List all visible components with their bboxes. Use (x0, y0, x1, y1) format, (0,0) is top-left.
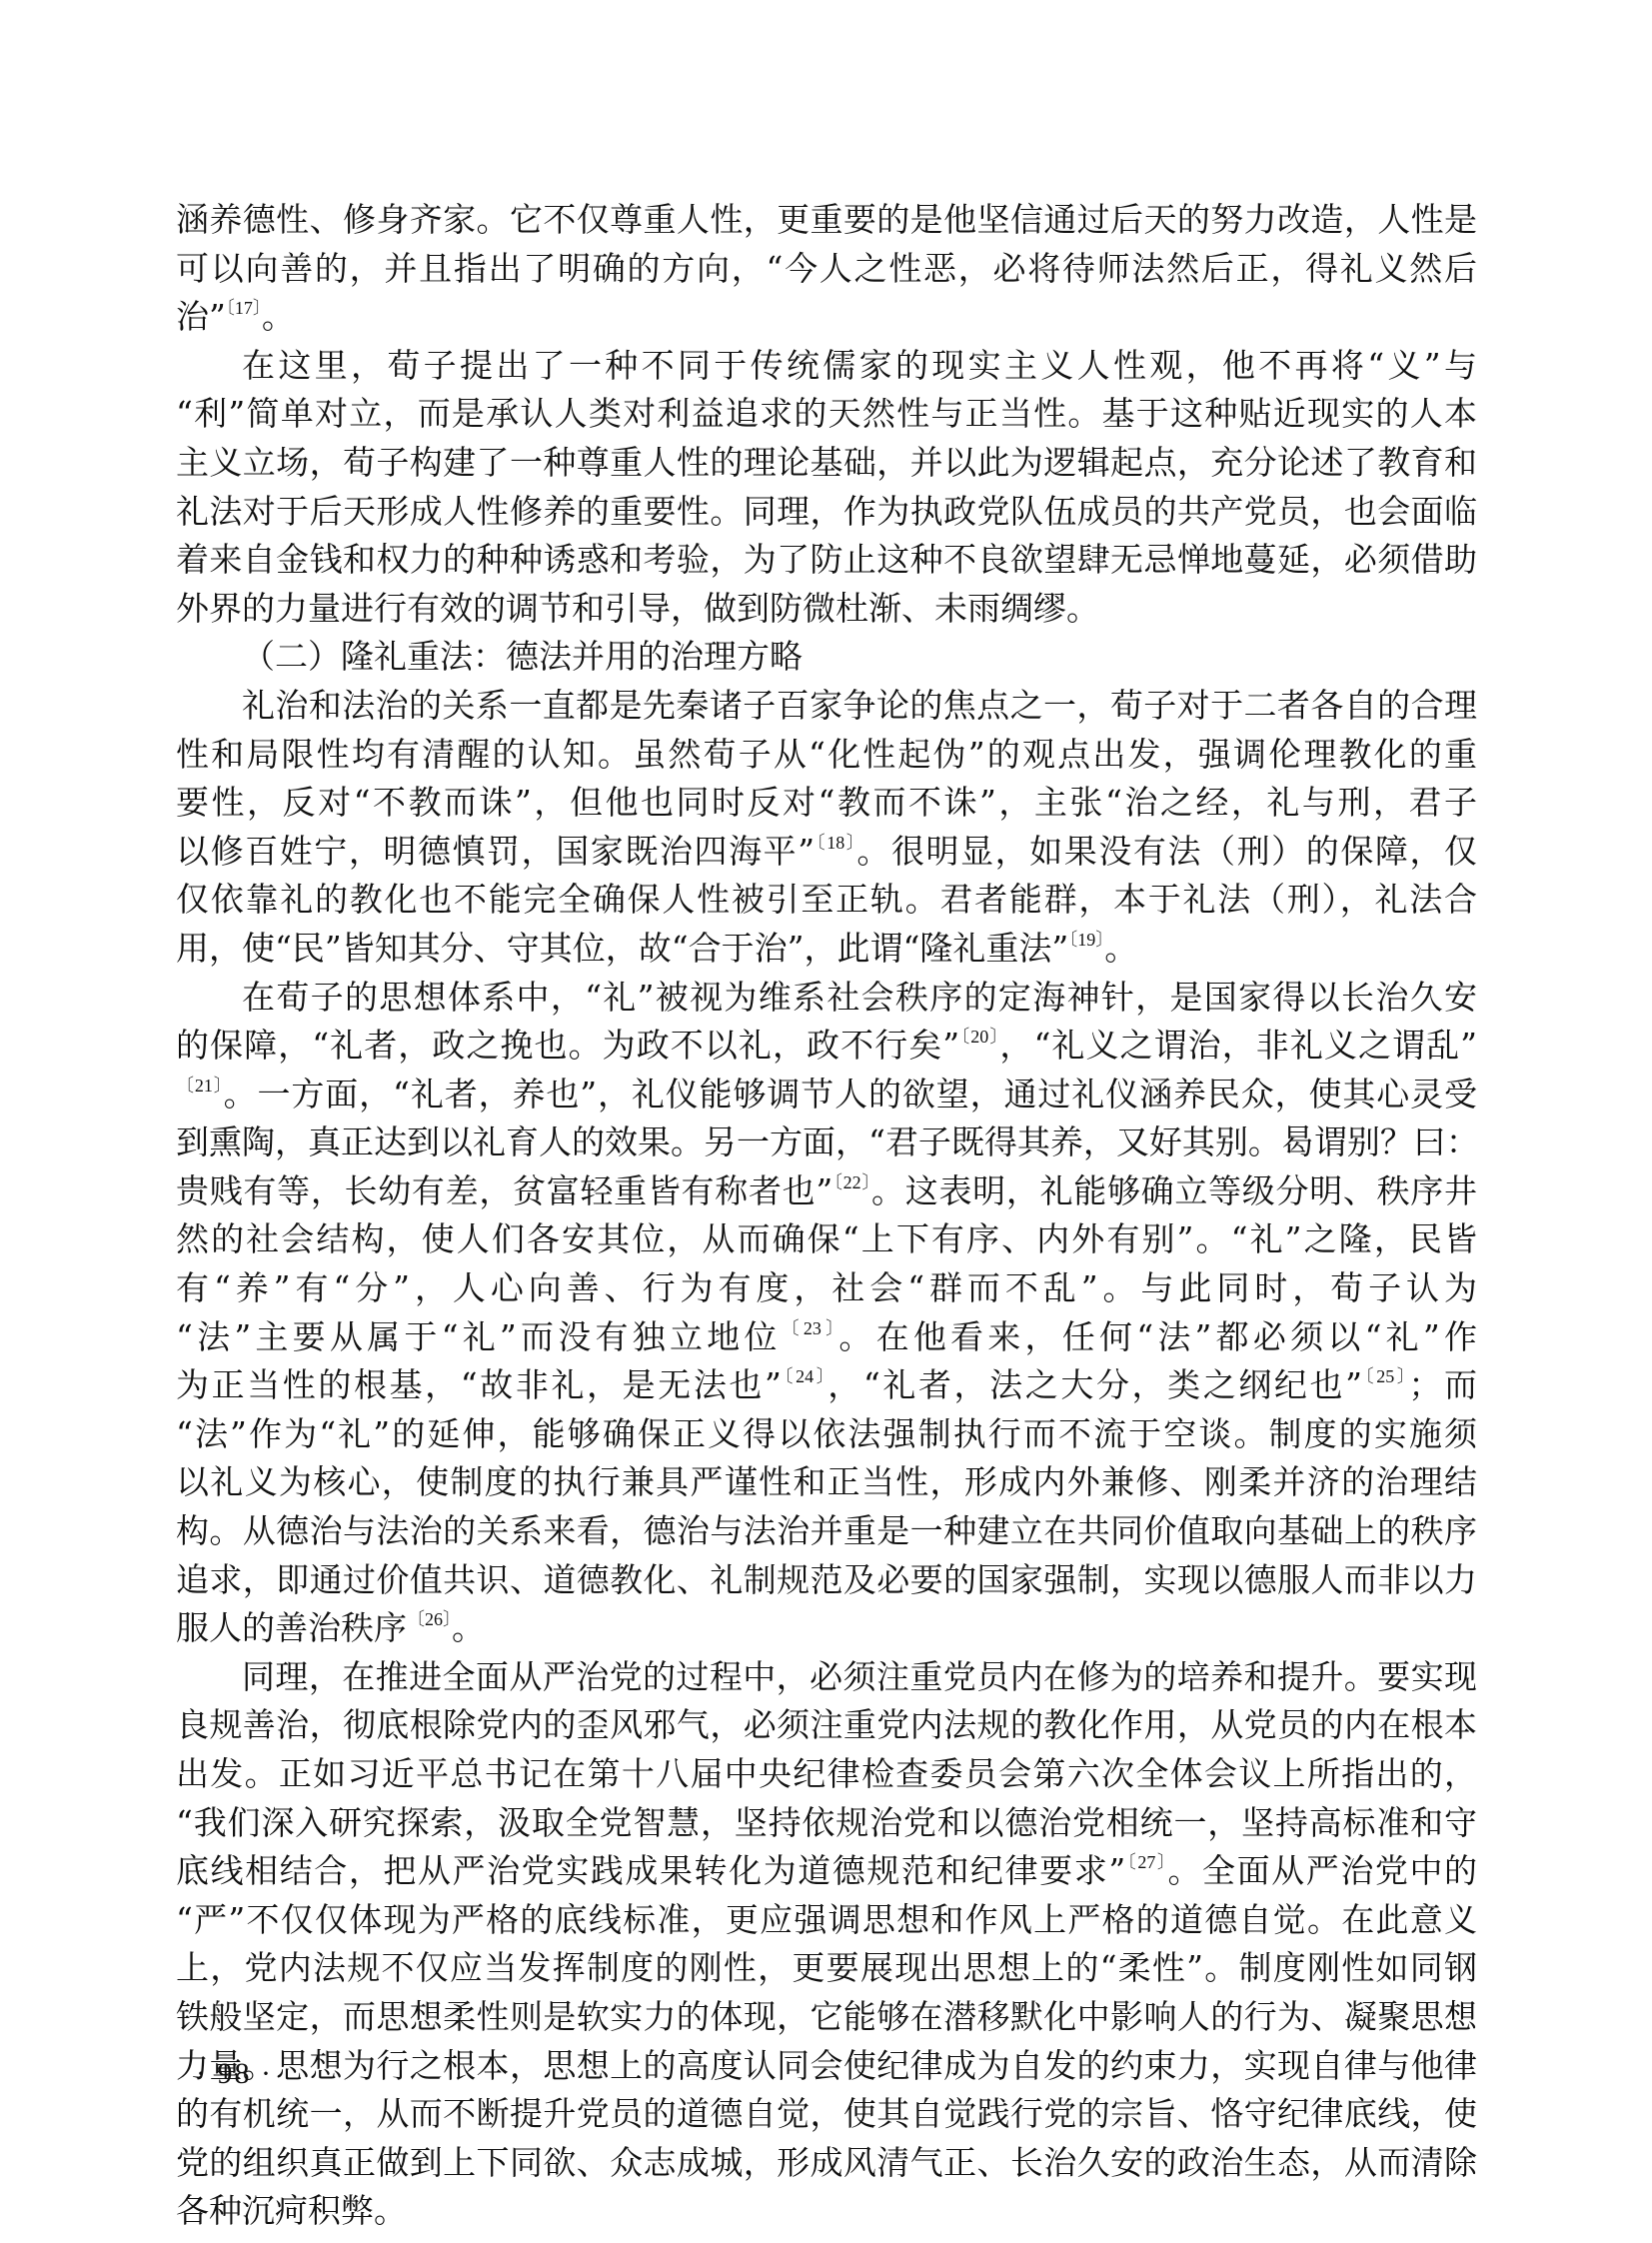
line-text: 贵贱有等，长幼有差，贫富轻重皆有称者也” (176, 1171, 832, 1210)
line-text: “严”不仅仅体现为严格的底线标准，更应强调思想和作风上严格的道德自觉。在此意义 (176, 1900, 1477, 1939)
line-text: 追求，即通过价值共识、道德教化、礼制规范及必要的国家强制，实现以德服人而非以力 (176, 1560, 1477, 1599)
text-line: “我们深入研究探索，汲取全党智慧，坚持依规治党和以德治党相统一，坚持高标准和守 (176, 1799, 1477, 1848)
text-line: 性和局限性均有清醒的认知。虽然荀子从“化性起伪”的观点出发，强调伦理教化的重 (176, 731, 1477, 780)
line-text: “利”简单对立，而是承认人类对利益追求的天然性与正当性。基于这种贴近现实的人本 (176, 394, 1477, 433)
text-line: 在这里，荀子提出了一种不同于传统儒家的现实主义人性观，他不再将“义”与 (176, 342, 1477, 391)
text-line: 到熏陶，真正达到以礼育人的效果。另一方面，“君子既得其养，又好其别。曷谓别？曰： (176, 1119, 1477, 1167)
line-text: 的保障，“礼者，政之挽也。为政不以礼，政不行矣” (176, 1026, 959, 1065)
line-text: 仅依靠礼的教化也不能完全确保人性被引至正轨。君者能群，本于礼法（刑），礼法合 (176, 880, 1477, 919)
line-text: 礼治和法治的关系一直都是先秦诸子百家争论的焦点之一，荀子对于二者各自的合理 (242, 686, 1477, 725)
line-text: 服人的善治秩序 (176, 1608, 407, 1647)
line-text: 。在他看来，任何“法”都必须以“礼”作 (838, 1317, 1477, 1356)
line-text: “法”作为“礼”的延伸，能够确保正义得以依法强制执行而不流于空谈。制度的实施须 (176, 1414, 1477, 1453)
text-line: 〔21〕。一方面，“礼者，养也”，礼仪能够调节人的欲望，通过礼仪涵养民众，使其心… (176, 1071, 1477, 1120)
line-text: 在这里，荀子提出了一种不同于传统儒家的现实主义人性观，他不再将“义”与 (242, 346, 1477, 385)
line-text: 性和局限性均有清醒的认知。虽然荀子从“化性起伪”的观点出发，强调伦理教化的重 (176, 735, 1477, 774)
citation-ref: 〔19〕 (1068, 930, 1104, 950)
text-line: “法”主要从属于“礼”而没有独立地位〔23〕。在他看来，任何“法”都必须以“礼”… (176, 1313, 1477, 1362)
citation-ref: 〔20〕 (959, 1027, 999, 1047)
line-text: 着来自金钱和权力的种种诱惑和考验，为了防止这种不良欲望肆无忌惮地蔓延，必须借助 (176, 540, 1477, 579)
text-line: 党的组织真正做到上下同欲、众志成城，形成风清气正、长治久安的政治生态，从而清除 (176, 2139, 1477, 2188)
text-line: 在荀子的思想体系中，“礼”被视为维系社会秩序的定海神针，是国家得以长治久安 (176, 974, 1477, 1023)
line-text: 以修百姓宁，明德慎罚，国家既治四海平” (176, 832, 815, 871)
text-line: 有“养”有“分”，人心向善、行为有度，社会“群而不乱”。与此同时，荀子认为 (176, 1264, 1477, 1313)
text-line: 涵养德性、修身齐家。它不仅尊重人性，更重要的是他坚信通过后天的努力改造，人性是 (176, 196, 1477, 245)
text-line: 以礼义为核心，使制度的执行兼具严谨性和正当性，形成内外兼修、刚柔并济的治理结 (176, 1458, 1477, 1507)
text-line: 铁般坚定，而思想柔性则是软实力的体现，它能够在潜移默化中影响人的行为、凝聚思想 (176, 1993, 1477, 2042)
text-line: 的有机统一，从而不断提升党员的道德自觉，使其自觉践行党的宗旨、恪守纪律底线，使 (176, 2090, 1477, 2139)
line-text: 构。从德治与法治的关系来看，德治与法治并重是一种建立在共同价值取向基础上的秩序 (176, 1511, 1477, 1550)
text-line: 同理，在推进全面从严治党的过程中，必须注重党员内在修为的培养和提升。要实现 (176, 1653, 1477, 1702)
text-line: 追求，即通过价值共识、道德教化、礼制规范及必要的国家强制，实现以德服人而非以力 (176, 1556, 1477, 1605)
line-text: 。全面从严治党中的 (1167, 1851, 1477, 1890)
line-text: 在荀子的思想体系中，“礼”被视为维系社会秩序的定海神针，是国家得以长治久安 (242, 978, 1477, 1017)
line-text: 然的社会结构，使人们各安其位，从而确保“上下有序、内外有别”。“礼”之隆，民皆 (176, 1219, 1477, 1258)
line-text: ，“礼者，法之大分，类之纲纪也” (827, 1365, 1362, 1404)
line-text: 涵养德性、修身齐家。它不仅尊重人性，更重要的是他坚信通过后天的努力改造，人性是 (176, 200, 1477, 239)
text-line: 贵贱有等，长幼有差，贫富轻重皆有称者也”〔22〕。这表明，礼能够确立等级分明、秩… (176, 1167, 1477, 1216)
text-line: 构。从德治与法治的关系来看，德治与法治并重是一种建立在共同价值取向基础上的秩序 (176, 1507, 1477, 1556)
line-text: ；而 (1408, 1365, 1477, 1404)
line-text: 。一方面，“礼者，养也”，礼仪能够调节人的欲望，通过礼仪涵养民众，使其心灵受 (224, 1075, 1477, 1114)
line-text: 上，党内法规不仅应当发挥制度的刚性，更要展现出思想上的“柔性”。制度刚性如同钢 (176, 1948, 1477, 1987)
text-line: “法”作为“礼”的延伸，能够确保正义得以依法强制执行而不流于空谈。制度的实施须 (176, 1410, 1477, 1459)
text-line: 以修百姓宁，明德慎罚，国家既治四海平”〔18〕。很明显，如果没有法（刑）的保障，… (176, 828, 1477, 877)
heading-text: （二）隆礼重法：德法并用的治理方略 (242, 637, 803, 676)
text-line: 外界的力量进行有效的调节和引导，做到防微杜渐、未雨绸缪。 (176, 585, 1477, 634)
line-text: 外界的力量进行有效的调节和引导，做到防微杜渐、未雨绸缪。 (176, 589, 1099, 628)
line-text: 的有机统一，从而不断提升党员的道德自觉，使其自觉践行党的宗旨、恪守纪律底线，使 (176, 2094, 1477, 2133)
line-text: 用，使“民”皆知其分、守其位，故“合于治”，此谓“隆礼重法” (176, 929, 1068, 968)
text-line: 出发。正如习近平总书记在第十八届中央纪律检查委员会第六次全体会议上所指出的， (176, 1750, 1477, 1799)
text-line: 良规善治，彻底根除党内的歪风邪气，必须注重党内法规的教化作用，从党员的内在根本 (176, 1701, 1477, 1750)
text-line: 治”〔17〕。 (176, 293, 1477, 342)
line-text: 可以向善的，并且指出了明确的方向，“今人之性恶，必将待师法然后正，得礼义然后 (176, 249, 1477, 288)
text-line: 然的社会结构，使人们各安其位，从而确保“上下有序、内外有别”。“礼”之隆，民皆 (176, 1215, 1477, 1264)
citation-ref: 〔23〕 (782, 1318, 839, 1338)
line-text: 礼法对于后天形成人性修养的重要性。同理，作为执政党队伍成员的共产党员，也会面临 (176, 492, 1477, 531)
line-text: 有“养”有“分”，人心向善、行为有度，社会“群而不乱”。与此同时，荀子认为 (176, 1268, 1477, 1307)
citation-ref: 〔22〕 (832, 1172, 871, 1192)
text-line: 可以向善的，并且指出了明确的方向，“今人之性恶，必将待师法然后正，得礼义然后 (176, 245, 1477, 294)
line-text: 为正当性的根基，“故非礼，是无法也” (176, 1365, 782, 1404)
line-text: 各种沉疴积弊。 (176, 2191, 407, 2230)
line-text: 到熏陶，真正达到以礼育人的效果。另一方面，“君子既得其养，又好其别。曷谓别？曰： (176, 1122, 1479, 1161)
text-line: 仅依靠礼的教化也不能完全确保人性被引至正轨。君者能群，本于礼法（刑），礼法合 (176, 876, 1477, 925)
text-line: 礼治和法治的关系一直都是先秦诸子百家争论的焦点之一，荀子对于二者各自的合理 (176, 682, 1477, 731)
line-text: 底线相结合，把从严治党实践成果转化为道德规范和纪律要求” (176, 1851, 1125, 1890)
line-text: 力量。思想为行之根本，思想上的高度认同会使纪律成为自发的约束力，实现自律与他律 (176, 2046, 1477, 2085)
citation-ref: 〔24〕 (782, 1366, 827, 1386)
line-text: 铁般坚定，而思想柔性则是软实力的体现，它能够在潜移默化中影响人的行为、凝聚思想 (176, 1997, 1477, 2036)
line-text: 良规善治，彻底根除党内的歪风邪气，必须注重党内法规的教化作用，从党员的内在根本 (176, 1705, 1477, 1744)
line-text: ，“礼义之谓治，非礼义之谓乱” (999, 1026, 1477, 1065)
text-line: 为正当性的根基，“故非礼，是无法也”〔24〕，“礼者，法之大分，类之纲纪也”〔2… (176, 1361, 1477, 1410)
text-line: 用，使“民”皆知其分、守其位，故“合于治”，此谓“隆礼重法”〔19〕。 (176, 925, 1477, 974)
line-text: 。这表明，礼能够确立等级分明、秩序井 (871, 1171, 1477, 1210)
text-line: 要性，反对“不教而诛”，但他也同时反对“教而不诛”，主张“治之经，礼与刑，君子 (176, 779, 1477, 828)
line-text: “法”主要从属于“礼”而没有独立地位 (176, 1317, 782, 1356)
text-line: 各种沉疴积弊。 (176, 2187, 1477, 2236)
article-body: 涵养德性、修身齐家。它不仅尊重人性，更重要的是他坚信通过后天的努力改造，人性是 … (176, 196, 1477, 2236)
line-text: 同理，在推进全面从严治党的过程中，必须注重党员内在修为的培养和提升。要实现 (242, 1657, 1477, 1696)
line-text: 。很明显，如果没有法（刑）的保障，仅 (856, 832, 1477, 871)
line-text: 治” (176, 297, 226, 336)
citation-ref: 〔26〕 (407, 1609, 452, 1629)
text-line: 底线相结合，把从严治党实践成果转化为道德规范和纪律要求”〔27〕。全面从严治党中… (176, 1847, 1477, 1896)
citation-ref: 〔17〕 (226, 298, 262, 318)
line-text: 。 (1104, 929, 1137, 968)
citation-ref: 〔21〕 (176, 1076, 224, 1096)
text-line: 礼法对于后天形成人性修养的重要性。同理，作为执政党队伍成员的共产党员，也会面临 (176, 488, 1477, 537)
citation-ref: 〔18〕 (815, 833, 856, 853)
line-text: “我们深入研究探索，汲取全党智慧，坚持依规治党和以德治党相统一，坚持高标准和守 (176, 1803, 1477, 1842)
text-line: 着来自金钱和权力的种种诱惑和考验，为了防止这种不良欲望肆无忌惮地蔓延，必须借助 (176, 536, 1477, 585)
text-line: 服人的善治秩序〔26〕。 (176, 1604, 1477, 1653)
line-text: 。 (452, 1608, 485, 1647)
citation-ref: 〔27〕 (1125, 1852, 1167, 1872)
text-line: 力量。思想为行之根本，思想上的高度认同会使纪律成为自发的约束力，实现自律与他律 (176, 2042, 1477, 2091)
text-line: “严”不仅仅体现为严格的底线标准，更应强调思想和作风上严格的道德自觉。在此意义 (176, 1896, 1477, 1945)
line-text: 要性，反对“不教而诛”，但他也同时反对“教而不诛”，主张“治之经，礼与刑，君子 (176, 783, 1477, 822)
text-line: 上，党内法规不仅应当发挥制度的刚性，更要展现出思想上的“柔性”。制度刚性如同钢 (176, 1944, 1477, 1993)
citation-ref: 〔25〕 (1362, 1366, 1408, 1386)
line-text: 以礼义为核心，使制度的执行兼具严谨性和正当性，形成内外兼修、刚柔并济的治理结 (176, 1462, 1477, 1501)
text-line: 的保障，“礼者，政之挽也。为政不以礼，政不行矣”〔20〕，“礼义之谓治，非礼义之… (176, 1022, 1477, 1071)
line-text: 党的组织真正做到上下同欲、众志成城，形成风清气正、长治久安的政治生态，从而清除 (176, 2143, 1477, 2182)
page-number: · 98 · (196, 2057, 273, 2091)
section-heading: （二）隆礼重法：德法并用的治理方略 (176, 633, 1477, 682)
line-text: 。 (262, 297, 295, 336)
text-line: 主义立场，荀子构建了一种尊重人性的理论基础，并以此为逻辑起点，充分论述了教育和 (176, 439, 1477, 488)
line-text: 主义立场，荀子构建了一种尊重人性的理论基础，并以此为逻辑起点，充分论述了教育和 (176, 443, 1477, 482)
line-text: 出发。正如习近平总书记在第十八届中央纪律检查委员会第六次全体会议上所指出的， (176, 1754, 1477, 1793)
text-line: “利”简单对立，而是承认人类对利益追求的天然性与正当性。基于这种贴近现实的人本 (176, 390, 1477, 439)
